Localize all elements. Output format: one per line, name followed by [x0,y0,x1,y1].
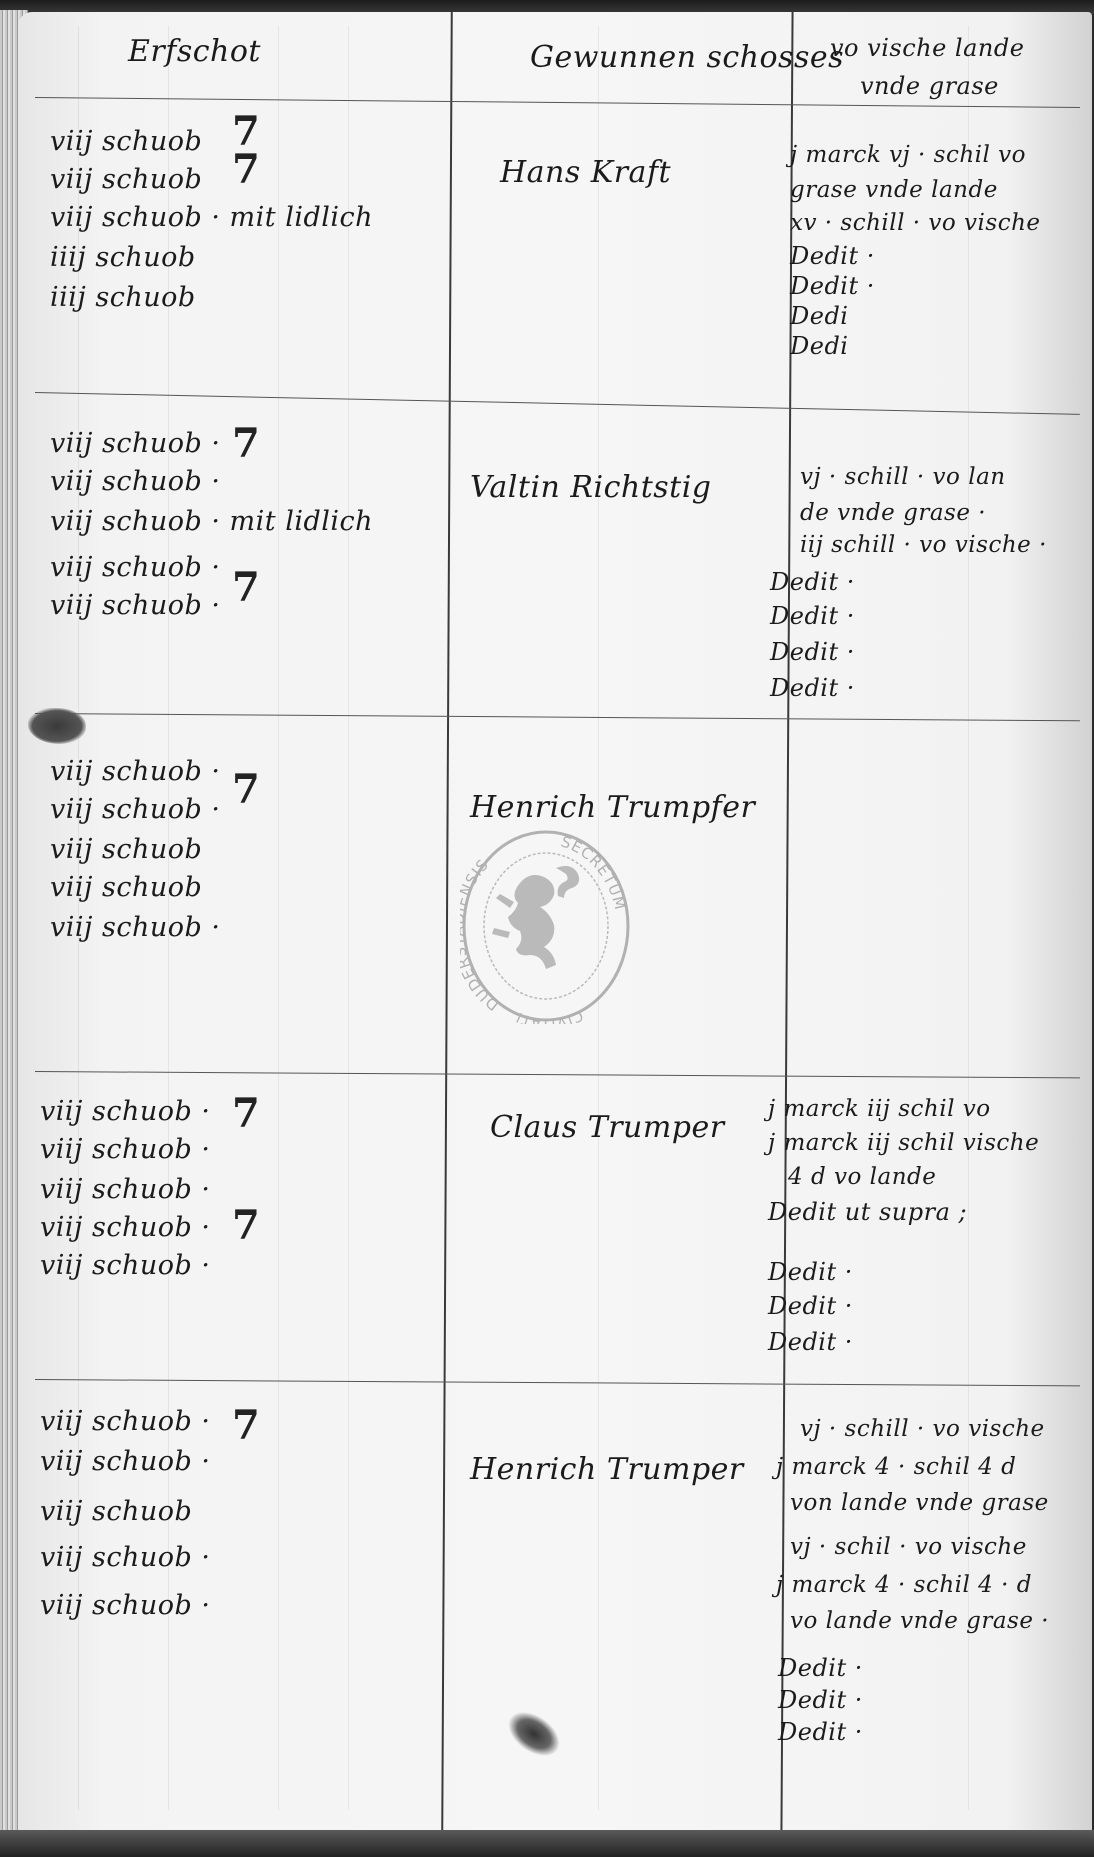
bracket-mark: 7 [232,766,260,813]
paid-mark: Dedit · [768,1290,853,1322]
quantity-line: viij schuob · [40,1538,210,1578]
quantity-line: viij schuob [50,830,202,870]
quantity-line: viij schuob · mit lidlich [50,198,373,238]
paid-mark: Dedit · [768,1256,853,1288]
paid-mark: Dedit · [770,600,855,632]
quantity-line: viij schuob · [40,1208,210,1248]
paid-mark: Dedit · [778,1684,863,1716]
paid-mark: Dedit · [768,1326,853,1358]
payment-line: xv · schill · vo vische [790,208,1041,238]
payment-line: j marck 4 · schil 4 d [776,1452,1016,1482]
bracket-mark: 7 [232,1090,260,1137]
quantity-line: viij schuob [50,160,202,200]
quantity-line: viij schuob · [50,586,220,626]
paid-mark: Dedit · [770,636,855,668]
quantity-line: viij schuob · [40,1246,210,1286]
payment-line: von lande vnde grase [790,1488,1049,1518]
quantity-line: viij schuob · [50,424,220,464]
payment-line: vj · schil · vo vische [790,1532,1027,1562]
paid-mark: Dedi [790,300,848,332]
quantity-line: viij schuob · mit lidlich [50,502,373,542]
paid-mark: Dedit · [770,672,855,704]
quantity-line: viij schuob · [40,1586,210,1626]
paid-mark: Dedit · [778,1652,863,1684]
taxpayer-name: Henrich Trumper [470,1452,744,1487]
payment-line: grase vnde lande [790,175,998,205]
header-col1: Erfschot [128,34,261,69]
taxpayer-name: Henrich Trumpfer [470,790,755,825]
taxpayer-name: Hans Kraft [500,155,671,190]
quantity-line: viij schuob · [40,1170,210,1210]
page-rule [348,26,349,1810]
payment-line: j marck iij schil vo [768,1094,991,1124]
header-col3-line2: vnde grase [860,72,999,100]
quantity-line: viij schuob · [50,752,220,792]
quantity-line: viij schuob · [50,462,220,502]
bracket-mark: 7 [232,564,260,611]
quantity-line: viij schuob · [50,790,220,830]
quantity-line: viij schuob · [50,908,220,948]
header-col3-line1: vo vische lande [830,34,1024,62]
quantity-line: viij schuob · [50,548,220,588]
bracket-mark: 7 [232,146,260,193]
paid-mark: Dedit · [778,1716,863,1748]
taxpayer-name: Claus Trumper [490,1110,725,1145]
paid-mark: Dedit ut supra ; [768,1196,967,1228]
payment-line: vo lande vnde grase · [790,1606,1049,1636]
quantity-line: viij schuob [50,122,202,162]
quantity-line: viij schuob · [40,1092,210,1132]
quantity-line: iiij schuob [50,278,196,318]
paid-mark: Dedit · [790,270,875,302]
payment-line: vj · schill · vo lan [800,462,1006,492]
payment-line: j marck iij schil vische [768,1128,1039,1158]
paid-mark: Dedit · [770,566,855,598]
bracket-mark: 7 [232,1202,260,1249]
header-col2: Gewunnen schosses [530,40,844,75]
scan-bottom-edge [0,1830,1094,1857]
paid-mark: Dedit · [790,240,875,272]
quantity-line: viij schuob [40,1492,192,1532]
payment-line: j marck 4 · schil 4 · d [776,1570,1032,1600]
bracket-mark: 7 [232,420,260,467]
quantity-line: viij schuob [50,868,202,908]
quantity-line: viij schuob · [40,1442,210,1482]
quantity-line: iiij schuob [50,238,196,278]
payment-line: iij schill · vo vische · [800,530,1047,560]
taxpayer-name: Valtin Richtstig [470,470,712,505]
city-seal-stamp: DUDERSTADIENSIS SECRETUM CIVITATIS [460,828,632,1024]
payment-line: 4 d vo lande [788,1162,936,1192]
payment-line: vj · schill · vo vische [800,1414,1045,1444]
quantity-line: viij schuob · [40,1130,210,1170]
lion-icon [492,866,579,969]
bracket-mark: 7 [232,1402,260,1449]
quantity-line: viij schuob · [40,1402,210,1442]
page-rule [278,26,279,1810]
payment-line: de vnde grase · [800,498,986,528]
paid-mark: Dedi [790,330,848,362]
payment-line: j marck vj · schil vo [790,140,1026,170]
